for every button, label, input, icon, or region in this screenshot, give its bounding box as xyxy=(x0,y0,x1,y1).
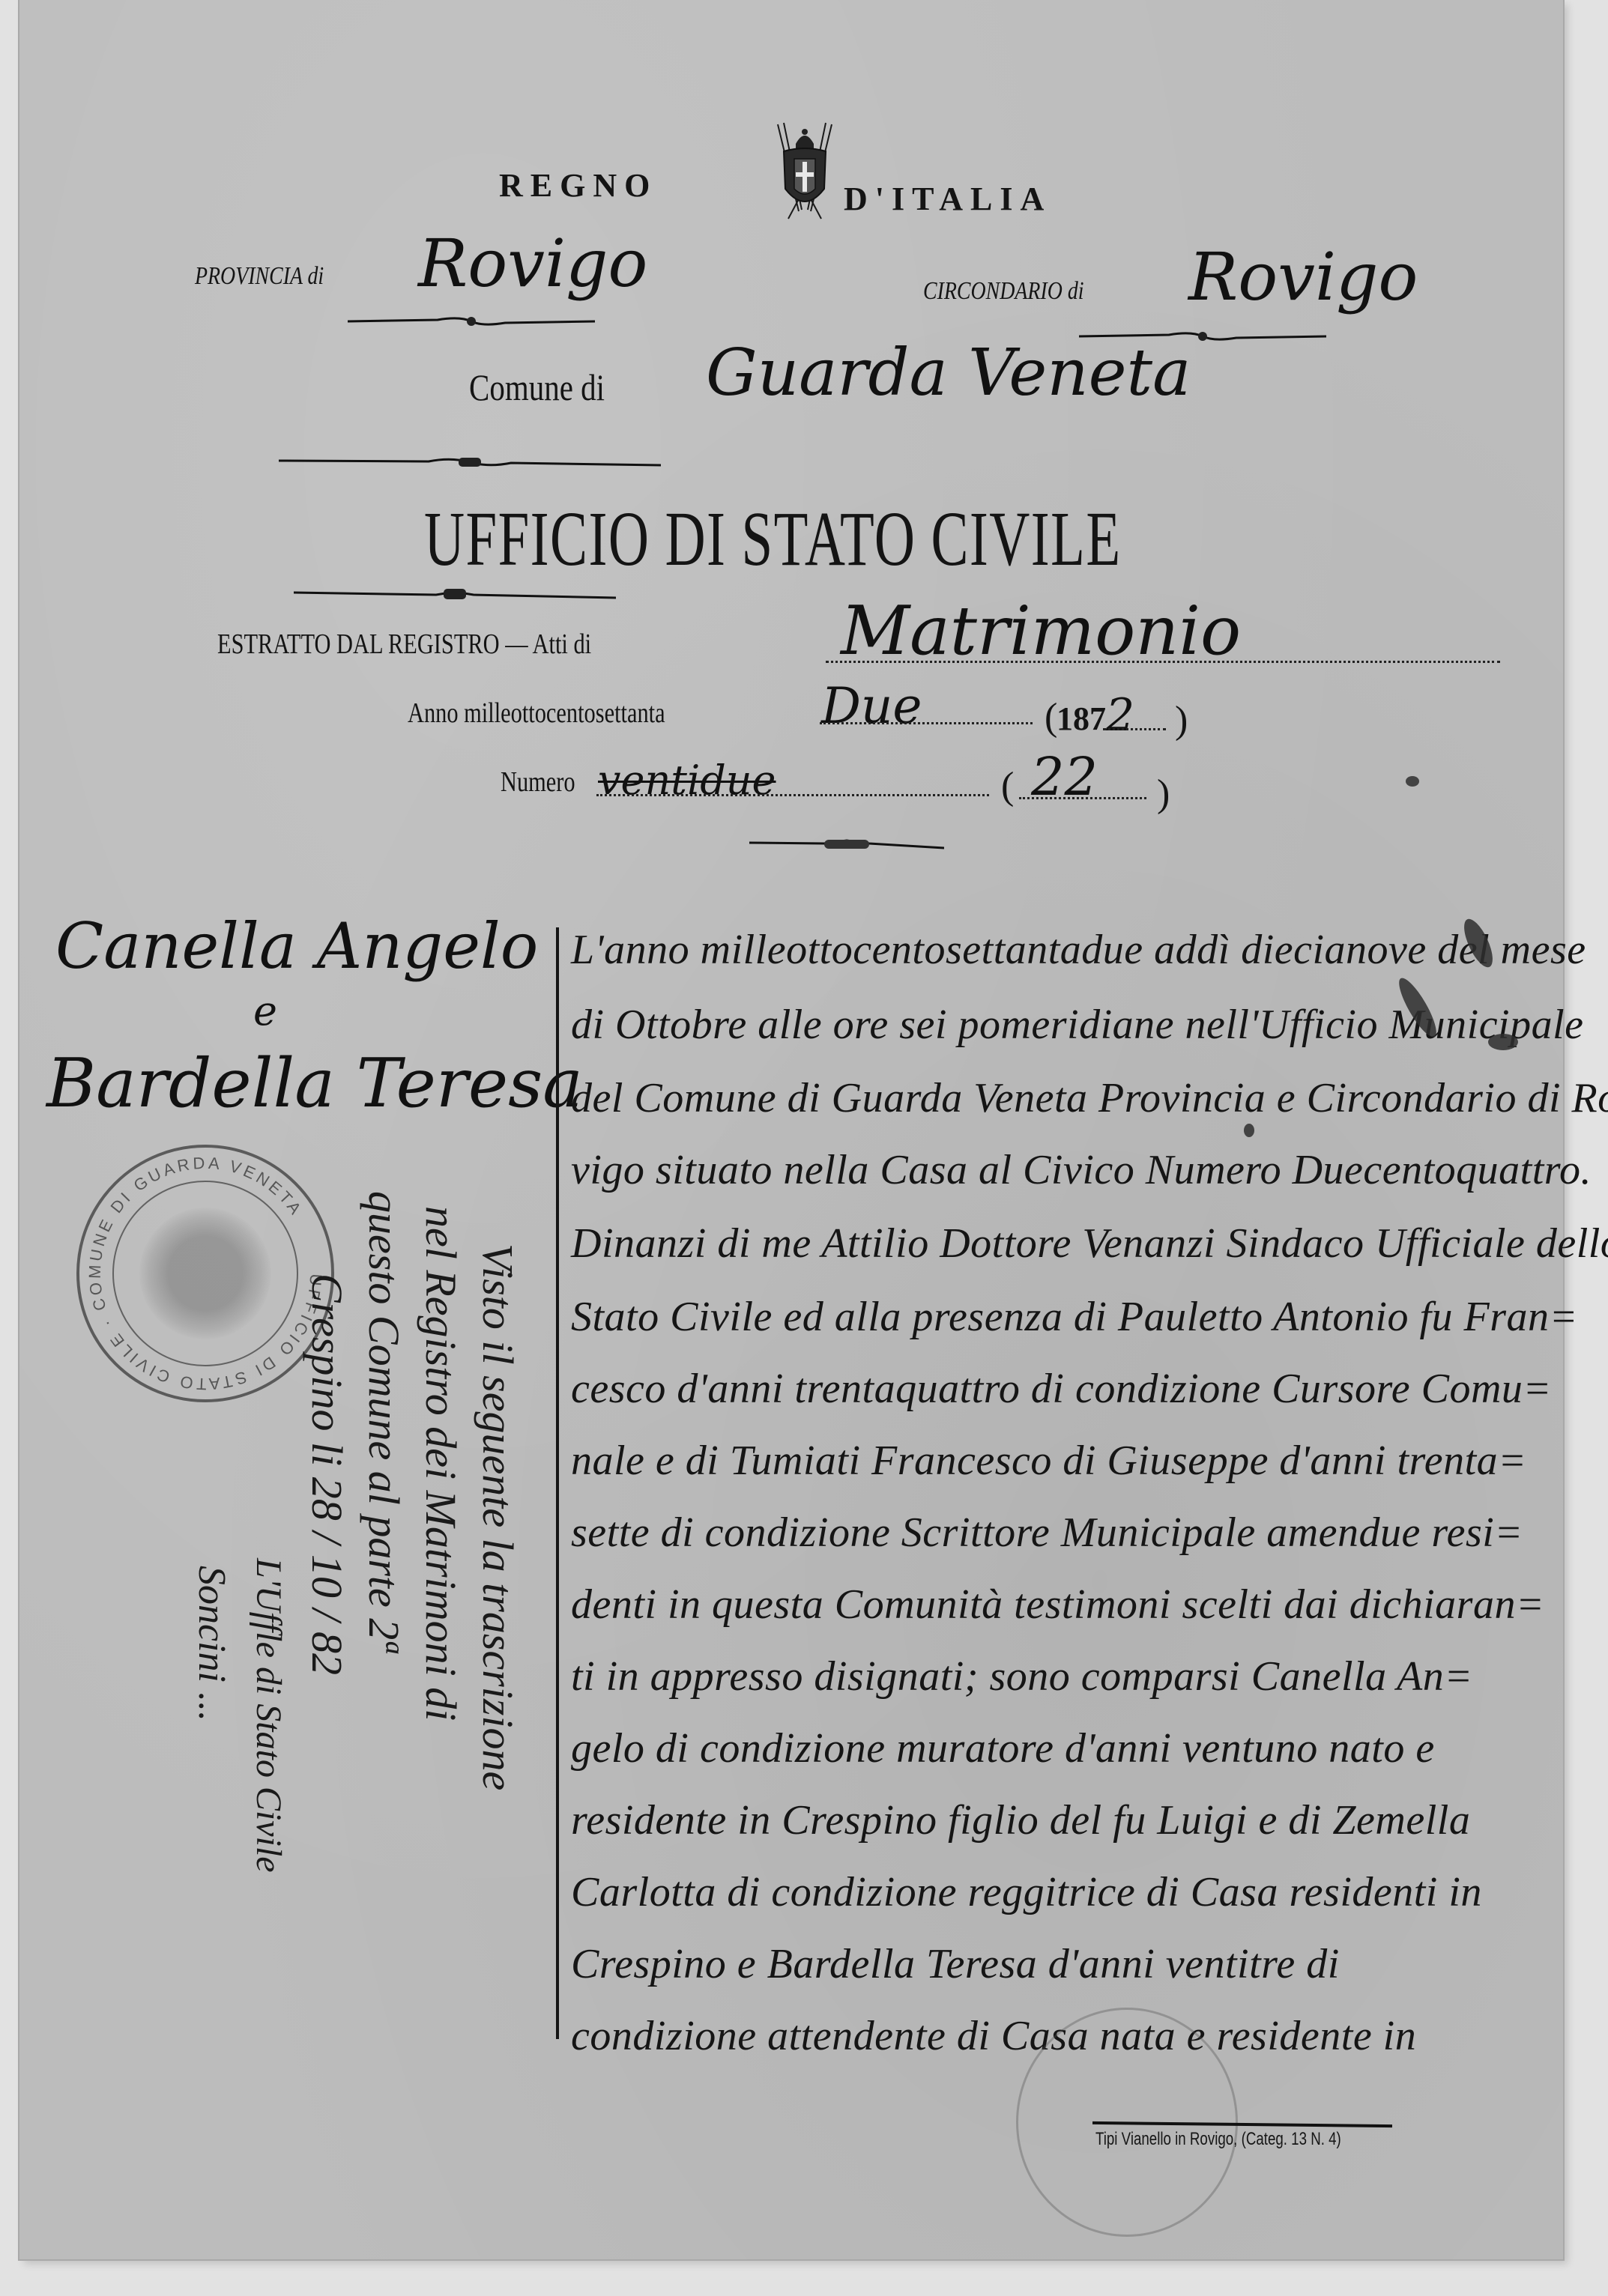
svg-text:UFFICIO DI STATO CIVILE · COMU: UFFICIO DI STATO CIVILE · COMUNE DI GUAR… xyxy=(85,1154,326,1394)
groom-name: Canella Angelo xyxy=(55,909,538,983)
anno-dotted-line xyxy=(820,722,1033,724)
margin-annotation-line: Soncini ... xyxy=(190,1566,234,1721)
margin-vertical-rule xyxy=(556,927,559,2039)
body-line: cesco d'anni trentaquattro di condizione… xyxy=(571,1365,1552,1413)
kingdom-left: REGNO xyxy=(499,166,657,205)
atti-value: Matrimonio xyxy=(841,592,1241,670)
margin-annotation-line: Visto il seguente la trascrizione xyxy=(473,1244,523,1790)
anno-value: Due xyxy=(821,677,922,735)
ornament-divider-icon xyxy=(749,839,944,849)
body-line: L'anno milleottocentosettantadue addì di… xyxy=(571,926,1586,974)
ornament-divider-icon xyxy=(279,457,661,467)
body-line: residente in Crespino figlio del fu Luig… xyxy=(571,1796,1470,1844)
paren-close: ) xyxy=(1175,698,1188,742)
savoy-coat-of-arms-icon xyxy=(773,121,836,226)
body-line: Stato Civile ed alla presenza di Paulett… xyxy=(571,1293,1578,1341)
estratto-label: ESTRATTO DAL REGISTRO — Atti di xyxy=(217,628,591,661)
circondario-value: Rovigo xyxy=(1188,238,1418,315)
body-line: sette di condizione Scrittore Municipale… xyxy=(571,1509,1523,1557)
paren-open: ( xyxy=(1001,764,1014,808)
office-title: UFFICIO DI STATO CIVILE xyxy=(424,494,1122,584)
civil-registry-stamp: UFFICIO DI STATO CIVILE · COMUNE DI GUAR… xyxy=(76,1145,334,1402)
comune-label: Comune di xyxy=(469,366,605,409)
body-line: Dinanzi di me Attilio Dottore Venanzi Si… xyxy=(571,1220,1608,1267)
paren-close: ) xyxy=(1157,772,1170,816)
numero-digits-dotted-line xyxy=(1019,797,1146,799)
body-line: ti in appresso disignati; sono comparsi … xyxy=(571,1653,1473,1700)
numero-dotted-line xyxy=(596,794,989,796)
comune-value: Guarda Veneta xyxy=(706,336,1191,411)
document-page: REGNO D'ITALIA PROVINCIA di Rovigo CIRCO… xyxy=(19,0,1563,2259)
ink-blot xyxy=(1244,1124,1254,1137)
margin-annotation-line: Crespino li 28 / 10 / 82 xyxy=(302,1273,352,1675)
anno-label: Anno milleottocentosettanta xyxy=(408,697,665,730)
bride-name: Bardella Teresa xyxy=(46,1044,583,1123)
anno-year-printed: 187 xyxy=(1057,700,1106,738)
year-dotted-line xyxy=(1103,728,1166,730)
atti-dotted-line xyxy=(826,661,1500,663)
body-line: Carlotta di condizione reggitrice di Cas… xyxy=(571,1868,1482,1916)
printer-credit: Tipi Vianello in Rovigo, (Categ. 13 N. 4… xyxy=(1095,2129,1341,2150)
ornament-divider-icon xyxy=(294,589,616,599)
provincia-value: Rovigo xyxy=(418,225,647,302)
body-line: nale e di Tumiati Francesco di Giuseppe … xyxy=(571,1437,1526,1485)
body-line: gelo di condizione muratore d'anni ventu… xyxy=(571,1724,1435,1772)
ink-blot xyxy=(1406,776,1419,787)
body-line: del Comune di Guarda Veneta Provincia e … xyxy=(571,1074,1608,1122)
anno-year-hand: 2 xyxy=(1106,689,1134,742)
ink-blot xyxy=(1488,1034,1518,1050)
margin-annotation-line: questo Comune al parte 2ª xyxy=(359,1191,409,1652)
circondario-label: CIRCONDARIO di xyxy=(923,277,1084,306)
numero-value: ventidue xyxy=(598,757,776,804)
body-line: Crespino e Bardella Teresa d'anni ventit… xyxy=(571,1940,1340,1988)
provincia-label: PROVINCIA di xyxy=(195,262,324,291)
paren-open: ( xyxy=(1045,695,1057,739)
body-line: denti in questa Comunità testimoni scelt… xyxy=(571,1581,1544,1629)
body-line: vigo situato nella Casa al Civico Numero… xyxy=(571,1146,1592,1194)
numero-label: Numero xyxy=(501,766,575,799)
kingdom-right: D'ITALIA xyxy=(844,180,1051,218)
margin-annotation-line: L'Uffle di Stato Civile xyxy=(248,1558,289,1873)
ornament-divider-icon xyxy=(348,316,595,327)
body-line: condizione attendente di Casa nata e res… xyxy=(571,2012,1416,2060)
margin-annotation-line: nel Registro dei Matrimoni di xyxy=(416,1206,466,1721)
conjunction: e xyxy=(253,987,277,1035)
